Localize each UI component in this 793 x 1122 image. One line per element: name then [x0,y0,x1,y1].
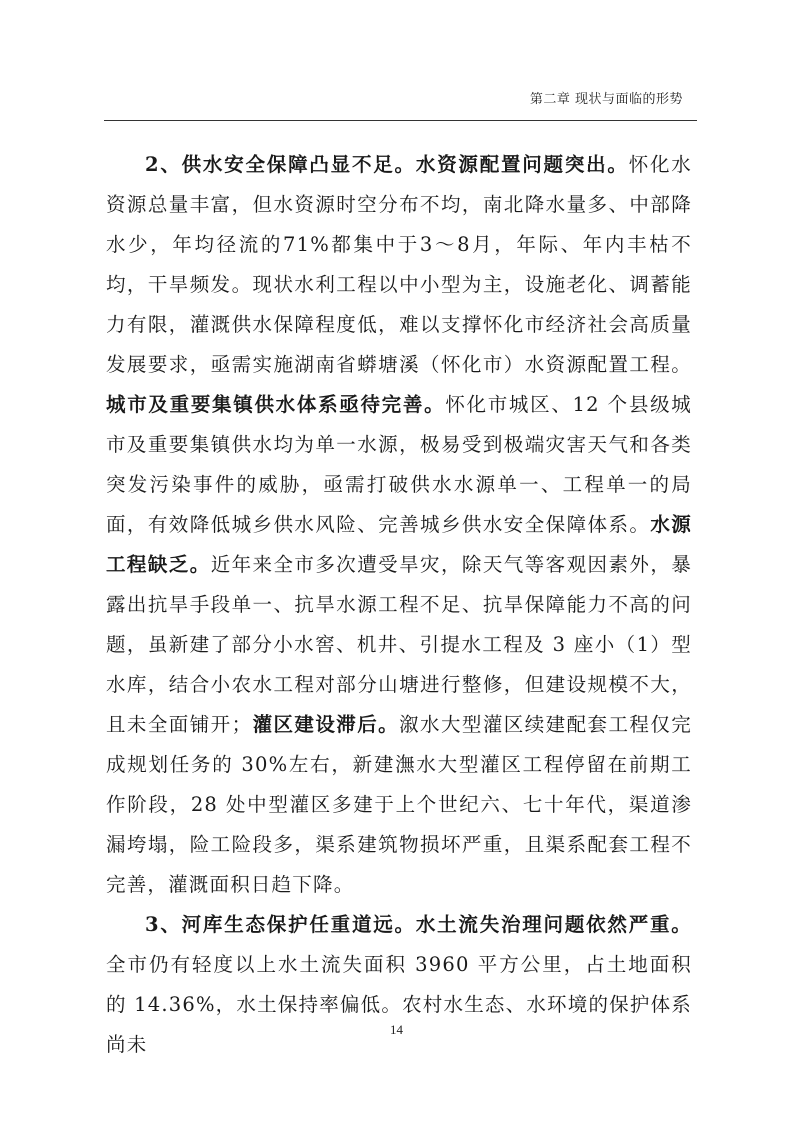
subheading: 灌区建设滞后。 [252,713,399,736]
section-heading: 2、供水安全保障凸显不足。 [145,153,416,176]
body-text: 近年来全市多次遭受旱灾，除天气等客观因素外，暴露出抗旱手段单一、抗旱水源工程不足… [106,553,692,736]
paragraph-river-ecology: 3、河库生态保护任重道远。水土流失治理问题依然严重。全市仍有轻度以上水土流失面积… [106,905,692,1065]
paragraph-water-supply: 2、供水安全保障凸显不足。水资源配置问题突出。怀化水资源总量丰富，但水资源时空分… [106,145,692,905]
subheading: 水土流失治理问题依然严重。 [416,913,692,936]
header-divider [104,120,697,121]
body-text: 溆水大型灌区续建配套工程仅完成规划任务的 30%左右，新建潕水大型灌区工程停留在… [106,713,692,896]
body-text: 怀化水资源总量丰富，但水资源时空分布不均，南北降水量多、中部降水少，年均径流的7… [106,153,692,376]
chapter-title: 第二章 现状与面临的形势 [530,88,683,107]
page-number: 14 [0,1022,793,1038]
section-heading: 3、河库生态保护任重道远。 [145,913,416,936]
body-text: 全市仍有轻度以上水土流失面积 3960 平方公里，占土地面积的 14.36%，水… [106,953,692,1056]
document-body: 2、供水安全保障凸显不足。水资源配置问题突出。怀化水资源总量丰富，但水资源时空分… [106,145,692,1065]
subheading: 城市及重要集镇供水体系亟待完善。 [106,393,445,416]
subheading: 水资源配置问题突出。 [416,153,629,176]
